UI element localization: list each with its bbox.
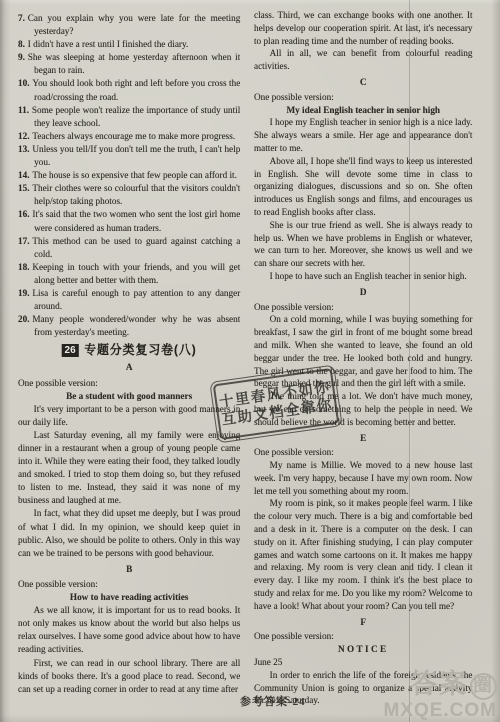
essay-paragraph: First, we can read in our school library… (18, 657, 240, 696)
watermark-logo: 答案圈 (383, 670, 497, 700)
section-label-A: A (18, 361, 240, 374)
answer-item-text: I didn't have a rest until I finished th… (28, 39, 189, 50)
answer-item-13: 13.Unless you tell/If you don't tell me … (18, 143, 240, 169)
answer-item-8: 8.I didn't have a rest until I finished … (18, 38, 240, 51)
page-footer: 参考答案-24 (240, 693, 306, 709)
unit-number-badge: 26 (62, 344, 79, 357)
section-label-B: B (18, 563, 240, 576)
possible-version-intro: One possible version: (254, 631, 473, 644)
page-crease (409, 0, 410, 722)
answer-item-15: 15.Their clothes were so colourful that … (18, 182, 240, 208)
scanned-answer-page: 7.Can you explain why you were late for … (0, 0, 500, 722)
answer-item-12: 12.Teachers always encourage me to make … (18, 130, 240, 143)
watermark: 答案圈 MXQE.COM (383, 670, 497, 721)
answer-item-number: 9. (18, 52, 28, 63)
answer-item-number: 12. (18, 131, 32, 142)
watermark-logo-badge: 圈 (470, 673, 497, 700)
answer-item-text: It's said that the two women who sent th… (32, 209, 240, 233)
essay-paragraph: My name is Millie. We moved to a new hou… (254, 460, 473, 498)
answer-item-9: 9.She was sleeping at home yesterday aft… (18, 51, 240, 77)
answer-item-number: 11. (18, 105, 32, 116)
essay-paragraph: I hope to have such an English teacher i… (254, 271, 473, 284)
answer-item-text: Their clothes were so colourful that the… (32, 183, 240, 207)
essay-paragraph: In fact, what they did upset me deeply, … (18, 507, 240, 559)
watermark-logo-text: 答案 (410, 669, 468, 699)
essay-title: How to have reading activities (18, 591, 240, 604)
answer-item-text: Can you explain why you were late for th… (28, 13, 241, 37)
essay-title: My ideal English teacher in senior high (254, 105, 473, 118)
continuation-paragraph: All in all, we can benefit from colourfu… (254, 48, 473, 74)
answer-item-number: 17. (18, 236, 32, 247)
answer-item-text: You should look both right and left befo… (32, 78, 240, 102)
essay-paragraph: My room is pink, so it makes people feel… (254, 498, 473, 613)
answer-item-20: 20.Many people wondered/wonder why he wa… (18, 313, 240, 339)
essay-paragraph: It's very important to be a person with … (18, 403, 240, 429)
answer-item-text: This method can be used to guard against… (32, 236, 240, 260)
unit-title: 专题分类复习卷(八) (84, 343, 196, 357)
section-label-D: D (254, 287, 473, 300)
answer-item-text: Lisa is careful enough to pay attention … (32, 288, 240, 312)
right-column: class. Third, we can exchange books with… (254, 10, 473, 718)
left-column: 7.Can you explain why you were late for … (18, 12, 240, 712)
answer-item-text: Some people won't realize the importance… (32, 105, 240, 129)
essay-paragraph: Above all, I hope she'll find ways to ke… (254, 156, 473, 220)
answer-item-17: 17.This method can be used to guard agai… (18, 235, 240, 261)
possible-version-intro: One possible version: (18, 578, 240, 591)
possible-version-intro: One possible version: (18, 377, 240, 390)
section-label-C: C (254, 77, 473, 90)
answer-item-7: 7.Can you explain why you were late for … (18, 12, 240, 38)
answer-item-number: 8. (18, 39, 28, 50)
answer-item-text: Unless you tell/If you don't tell me the… (32, 144, 240, 168)
essay-paragraph: As we all know, it is important for us t… (18, 604, 240, 656)
answer-item-text: Many people wondered/wonder why he was a… (32, 314, 240, 338)
answer-item-text: Keeping in touch with your friends, and … (32, 262, 240, 286)
essay-title: Be a student with good manners (18, 390, 240, 403)
section-label-E: E (254, 433, 473, 446)
possible-version-intro: One possible version: (254, 92, 473, 105)
answer-item-number: 15. (18, 183, 32, 194)
answer-item-text: The house is so expensive that few peopl… (32, 170, 237, 181)
watermark-site: MXQE.COM (383, 700, 497, 721)
answer-item-number: 7. (18, 13, 28, 24)
answer-item-number: 13. (18, 144, 32, 155)
answer-item-10: 10.You should look both right and left b… (18, 77, 240, 103)
answer-item-number: 19. (18, 288, 32, 299)
possible-version-intro: One possible version: (254, 302, 473, 315)
answer-item-number: 18. (18, 262, 32, 273)
answer-item-14: 14.The house is so expensive that few pe… (18, 169, 240, 182)
answer-item-number: 20. (18, 314, 32, 325)
answer-item-19: 19.Lisa is careful enough to pay attenti… (18, 287, 240, 313)
essay-paragraph: I hope my English teacher in senior high… (254, 117, 473, 155)
answer-item-number: 16. (18, 209, 32, 220)
answer-item-16: 16.It's said that the two women who sent… (18, 208, 240, 234)
essay-paragraph: Last Saturday evening, all my family wer… (18, 429, 240, 508)
answer-item-number: 10. (18, 78, 32, 89)
unit-header: 26专题分类复习卷(八) (18, 344, 240, 358)
answer-item-18: 18.Keeping in touch with your friends, a… (18, 261, 240, 287)
answer-item-number: 14. (18, 170, 32, 181)
notice-date: June 25 (254, 657, 473, 670)
essay-title: NOTICE (254, 644, 473, 657)
continuation-paragraph: class. Third, we can exchange books with… (254, 10, 473, 48)
section-label-F: F (254, 617, 473, 630)
answer-item-11: 11.Some people won't realize the importa… (18, 104, 240, 130)
essay-paragraph: She is our true friend as well. She is a… (254, 220, 473, 271)
answer-item-text: Teachers always encourage me to make mor… (32, 131, 235, 142)
answer-item-text: She was sleeping at home yesterday after… (28, 52, 241, 76)
possible-version-intro: One possible version: (254, 447, 473, 460)
